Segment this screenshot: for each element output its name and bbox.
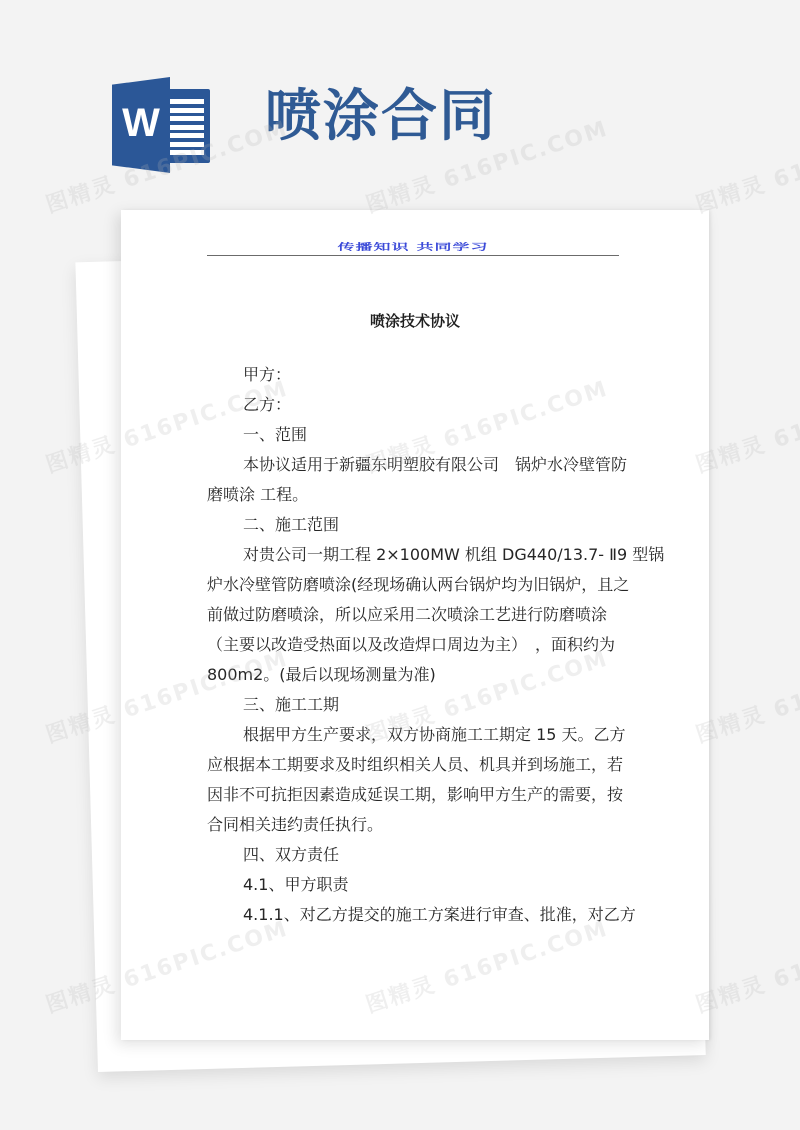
document-title: 喷涂技术协议 <box>121 310 709 331</box>
body-line: 因非不可抗拒因素造成延误工期，影响甲方生产的需要，按 <box>207 780 627 810</box>
document-body: 甲方：乙方：一、范围本协议适用于新疆东明塑胶有限公司 锅炉水冷壁管防磨喷涂 工程… <box>207 360 627 930</box>
body-line: 4.1.1、对乙方提交的施工方案进行审查、批准，对乙方 <box>207 900 627 930</box>
body-line: 根据甲方生产要求，双方协商施工工期定 15 天。乙方 <box>207 720 627 750</box>
body-line: 四、双方责任 <box>207 840 627 870</box>
word-document-icon: W <box>112 77 212 173</box>
body-line: 前做过防磨喷涂，所以应采用二次喷涂工艺进行防磨喷涂 <box>207 600 627 630</box>
document-page: 传播知识 共同学习 喷涂技术协议 甲方：乙方：一、范围本协议适用于新疆东明塑胶有… <box>121 210 709 1040</box>
body-line: （主要以改造受热面以及改造焊口周边为主） ，面积约为 <box>207 630 627 660</box>
body-line: 合同相关违约责任执行。 <box>207 810 627 840</box>
body-line: 4.1、甲方职责 <box>207 870 627 900</box>
body-line: 一、范围 <box>207 420 627 450</box>
body-line: 应根据本工期要求及时组织相关人员、机具并到场施工，若 <box>207 750 627 780</box>
body-line: 800m2。(最后以现场测量为准) <box>207 660 627 690</box>
banner-title: 喷涂合同 <box>265 84 497 148</box>
body-line: 甲方： <box>207 360 627 390</box>
word-icon-letter: W <box>118 101 164 145</box>
body-line: 二、施工范围 <box>207 510 627 540</box>
body-line: 磨喷涂 工程。 <box>207 480 627 510</box>
body-line: 乙方： <box>207 390 627 420</box>
body-line: 对贵公司一期工程 2×100MW 机组 DG440/13.7- Ⅱ9 型锅 <box>207 540 627 570</box>
banner: W 喷涂合同 <box>0 0 800 200</box>
word-icon-text-lines <box>168 99 204 155</box>
page-header: 传播知识 共同学习 <box>207 232 619 256</box>
page-header-text: 传播知识 共同学习 <box>338 241 489 254</box>
body-line: 炉水冷壁管防磨喷涂(经现场确认两台锅炉均为旧锅炉，且之 <box>207 570 627 600</box>
body-line: 三、施工工期 <box>207 690 627 720</box>
body-line: 本协议适用于新疆东明塑胶有限公司 锅炉水冷壁管防 <box>207 450 627 480</box>
